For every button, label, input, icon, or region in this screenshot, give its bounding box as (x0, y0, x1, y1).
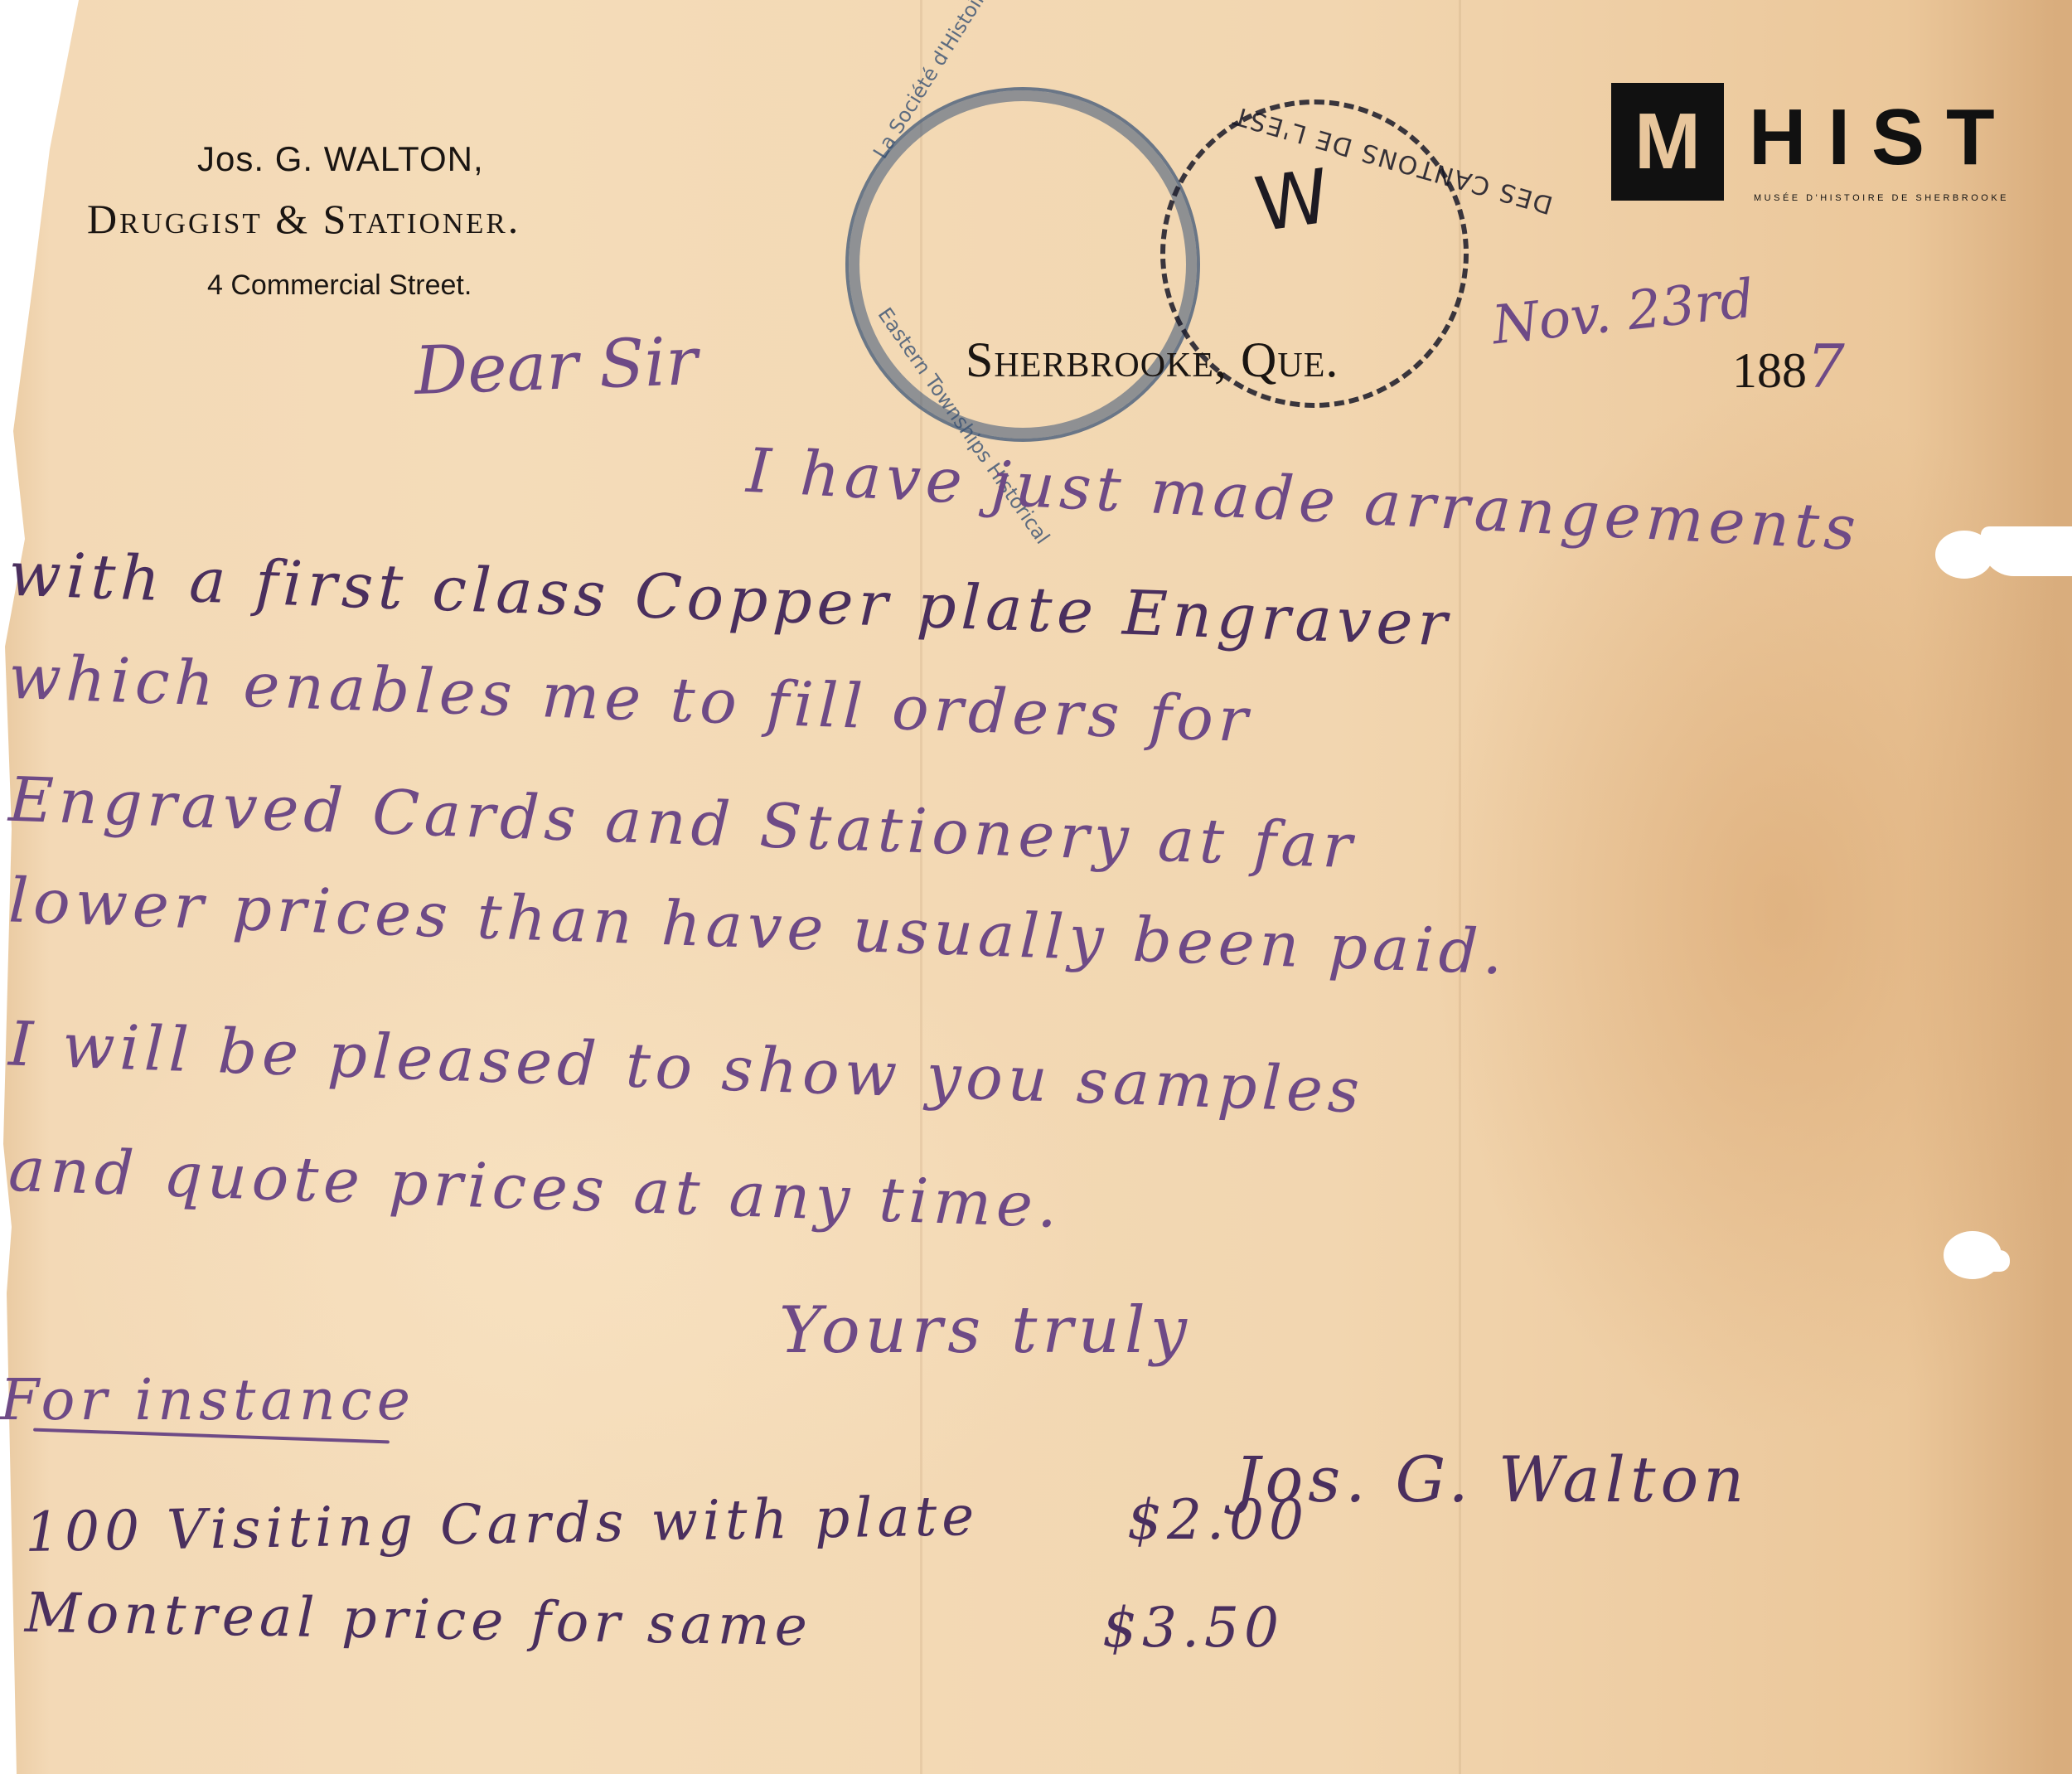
museum-logo-subtitle: MUSÉE D'HISTOIRE DE SHERBROOKE (1754, 193, 2009, 203)
year-printed: 188 (1732, 343, 1807, 398)
logo-letter: M (1634, 102, 1701, 182)
letterhead-address: 4 Commercial Street. (207, 269, 472, 302)
price-value: $2.00 (1127, 1488, 1309, 1552)
year-handwritten-digit: 7 (1807, 332, 1845, 401)
letterhead-city: Sherbrooke, Que. (966, 332, 1339, 389)
archive-stamp-initial: W (1250, 153, 1335, 249)
paper-tear (1977, 1250, 2010, 1272)
salutation: Dear Sir (413, 322, 699, 410)
paper-tear (1981, 526, 2072, 576)
signature: Jos. G. Walton (1235, 1442, 1749, 1516)
letterhead-year: 1887 (1732, 332, 1845, 401)
museum-logo-wordmark: HIST (1749, 98, 2016, 177)
museum-logo-mark: M (1611, 83, 1724, 201)
closing: Yours truly (779, 1293, 1192, 1368)
letterhead-trade: Druggist & Stationer. (87, 195, 520, 243)
example-heading: For instance (0, 1368, 415, 1433)
price-value: $3.50 (1102, 1596, 1284, 1660)
letterhead-name: Jos. G. WALTON, (197, 139, 484, 179)
